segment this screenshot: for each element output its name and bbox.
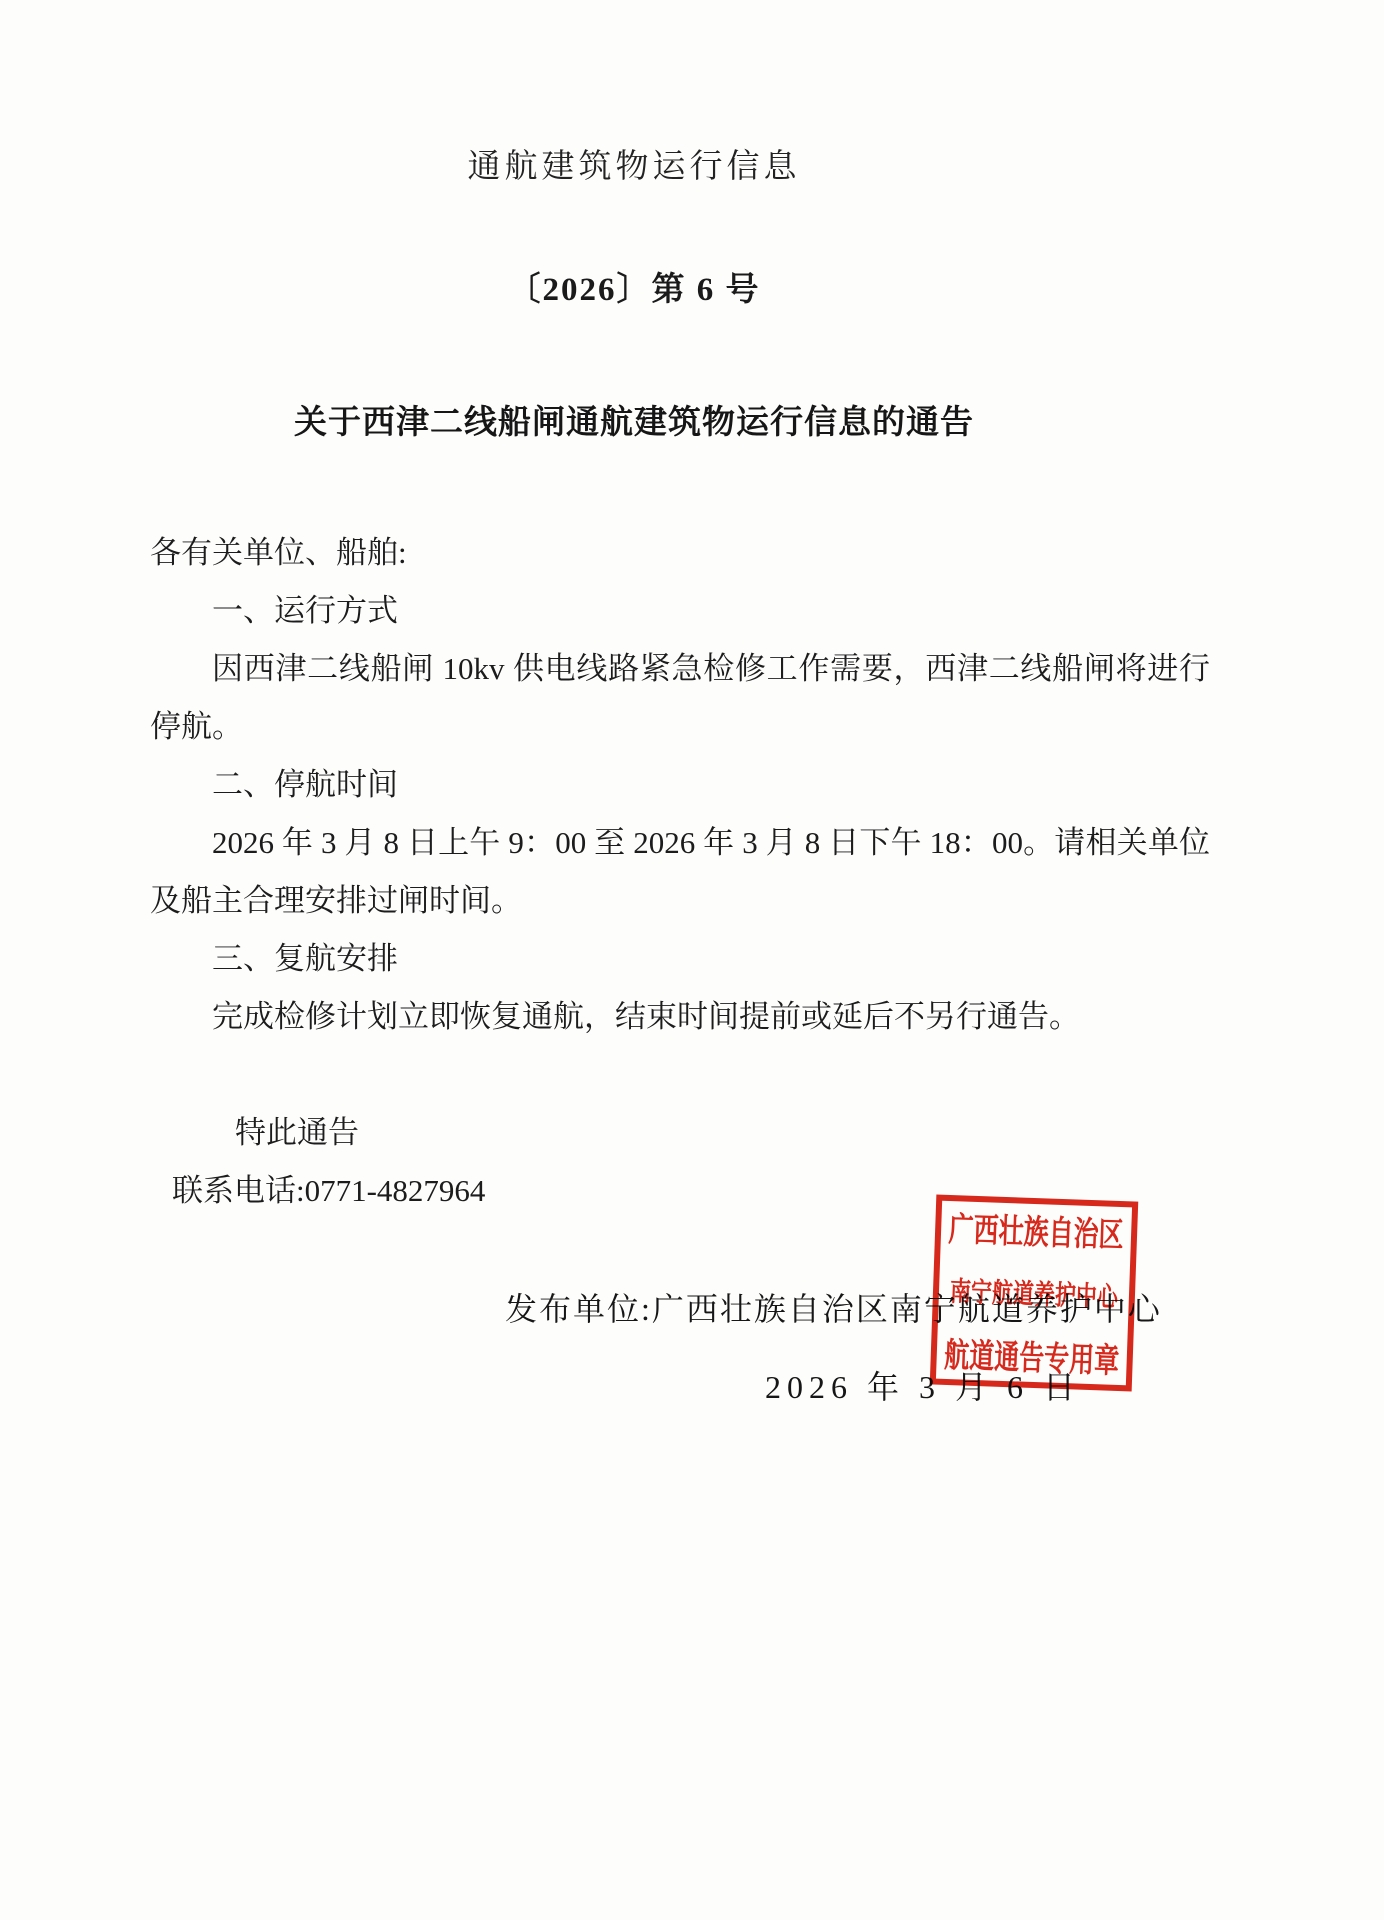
stamp-region-text: 广西壮族自治区: [948, 1203, 1125, 1258]
section-2-text: 2026 年 3 月 8 日上午 9：00 至 2026 年 3 月 8 日下午…: [150, 814, 1210, 930]
stamp-org-text: 南宁航道养护中心: [949, 1271, 1118, 1316]
closing-statement: 特此通告: [150, 1104, 1210, 1162]
section-1-text: 因西津二线船闸 10kv 供电线路紧急检修工作需要，西津二线船闸将进行停航。: [150, 640, 1210, 756]
document-title: 通航建筑物运行信息: [0, 140, 1268, 187]
section-1-heading: 一、运行方式: [150, 582, 1210, 640]
section-3-heading: 三、复航安排: [150, 930, 1210, 988]
salutation: 各有关单位、船舶:: [150, 524, 1210, 582]
notice-page: 通航建筑物运行信息 〔2026〕第 6 号 关于西津二线船闸通航建筑物运行信息的…: [0, 0, 1384, 1920]
document-subtitle: 关于西津二线船闸通航建筑物运行信息的通告: [0, 396, 1268, 443]
section-2-heading: 二、停航时间: [150, 756, 1210, 814]
document-issue-number: 〔2026〕第 6 号: [0, 263, 1268, 310]
stamp-purpose-text: 航道通告专用章: [943, 1329, 1120, 1384]
document-body: 各有关单位、船舶: 一、运行方式 因西津二线船闸 10kv 供电线路紧急检修工作…: [150, 524, 1210, 1220]
section-3-text: 完成检修计划立即恢复通航，结束时间提前或延后不另行通告。: [150, 988, 1210, 1046]
official-seal-stamp: 广西壮族自治区 南宁航道养护中心 航道通告专用章: [930, 1195, 1139, 1392]
